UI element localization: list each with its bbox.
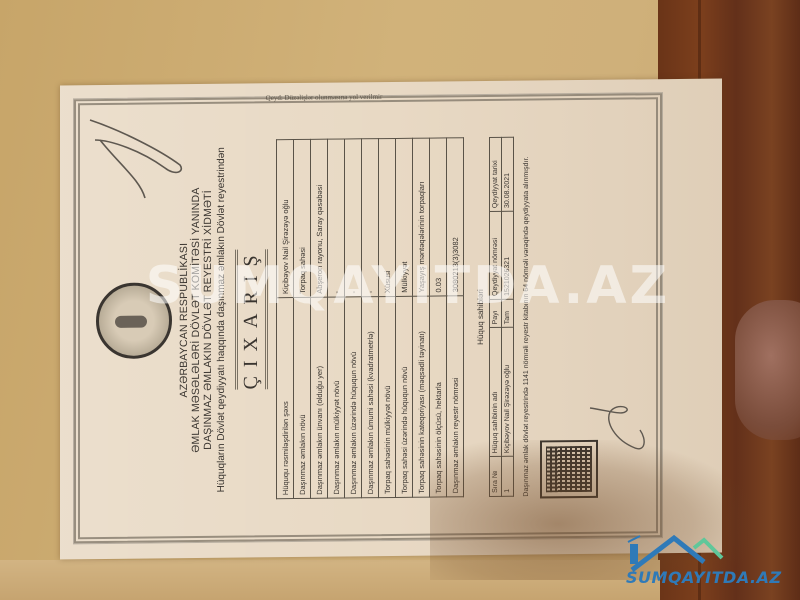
property-label: Daşınmaz əmlakın növü	[294, 297, 311, 498]
property-value: -	[345, 139, 362, 297]
property-row: Daşınmaz əmlakın mülkiyyət növü-	[328, 139, 345, 498]
col-reg-date: Qeydiyyat tarixi	[490, 137, 502, 211]
property-label: Daşınmaz əmlakın ünvanı (olduğu yer)	[311, 297, 328, 498]
property-row: Daşınmaz əmlakın ümumi sahəsi (kvadratme…	[362, 139, 379, 498]
property-row: Hüququ rəsmiləşdirilən şəxsKiçibəyov Nai…	[277, 140, 294, 499]
state-emblem-icon	[96, 282, 172, 359]
house-roof-icon	[622, 528, 792, 572]
header-line-2: ƏMLAK MƏSƏLƏLƏRİ DÖVLƏT KOMİTƏSİ YANINDA	[190, 100, 202, 540]
background-surface	[0, 560, 660, 600]
owners-header-row: Sıra № Hüquq sahibinin adı Payı Qeydiyya…	[490, 137, 502, 496]
header-subtitle: Hüquqların Dövlət qeydiyyatı haqqında da…	[216, 100, 227, 540]
property-value: Torpaq sahəsi	[294, 139, 311, 297]
property-value: Yaşayış məntəqələrinin torpaqları	[413, 138, 430, 296]
document-sheet: AZƏRBAYCAN RESPUBLİKASI ƏMLAK MƏSƏLƏLƏRİ…	[60, 79, 722, 560]
property-row: Daşınmaz əmlakın ünvanı (olduğu yer)Abşe…	[311, 139, 328, 498]
owners-table: Sıra № Hüquq sahibinin adı Payı Qeydiyya…	[489, 137, 514, 497]
property-value: -	[362, 139, 379, 297]
owner-number: 1	[502, 457, 514, 497]
property-row: Torpaq sahəsi üzərində hüququn növüMülki…	[396, 138, 413, 497]
property-value: Kiçibəyov Nail Şirəzəyə oğlu	[277, 140, 294, 298]
header-line-3: DAŞINMAZ ƏMLAKIN DÖVLƏT REYESTRİ XİDMƏTİ	[202, 100, 214, 540]
col-owner-name: Hüquq sahibinin adı	[490, 328, 502, 457]
site-logo: SUMQAYITDA.AZ	[622, 528, 792, 592]
registry-note: Daşınmaz əmlak dövlət reyestrində 1141 n…	[522, 137, 532, 497]
property-row: Torpaq sahəsinin ölçüsü, hektarla0.03	[430, 138, 447, 497]
property-value: 0.03	[430, 138, 447, 296]
owners-section-title: Hüquq sahibləri	[476, 97, 485, 537]
owner-share: Tam	[502, 299, 514, 328]
document-content: AZƏRBAYCAN RESPUBLİKASI ƏMLAK MƏSƏLƏLƏRİ…	[70, 95, 710, 542]
background-hand	[735, 300, 800, 440]
property-label: Torpaq sahəsi üzərində hüququn növü	[396, 296, 413, 497]
property-row: Torpaq sahəsinin kateqoriyası (məqsədli …	[413, 138, 430, 497]
property-value: 3080213(3)3082	[447, 138, 464, 296]
property-row: Daşınmaz əmlakın üzərində hüququn növü-	[345, 139, 362, 498]
owner-name: Kiçibəyov Nail Şirəzəyə oğlu	[502, 328, 514, 457]
property-label: Daşınmaz əmlakın mülkiyyət növü	[328, 297, 345, 498]
document-header: AZƏRBAYCAN RESPUBLİKASI ƏMLAK MƏSƏLƏLƏRİ…	[96, 99, 268, 541]
property-table: Hüququ rəsmiləşdirilən şəxsKiçibəyov Nai…	[276, 137, 464, 499]
property-value: Abşeron rayonu, Saray qəsəbəsi	[311, 139, 328, 297]
property-value: -	[328, 139, 345, 297]
property-label: Daşınmaz əmlakın reyestr nömrəsi	[447, 296, 464, 497]
property-row: Torpaq sahəsinin mülkiyyət növüXüsusi	[379, 138, 396, 497]
header-line-1: AZƏRBAYCAN RESPUBLİKASI	[178, 100, 190, 540]
side-note: Qeyd: Düzəlişlər olunmasına yol verilmir	[266, 92, 383, 101]
property-label: Daşınmaz əmlakın ümumi sahəsi (kvadratme…	[362, 297, 379, 498]
qr-code-icon	[542, 442, 596, 497]
col-share: Payı	[490, 299, 502, 328]
property-label: Hüququ rəsmiləşdirilən şəxs	[277, 297, 294, 498]
property-value: Mülkiyyət	[396, 138, 413, 296]
property-label: Torpaq sahəsinin ölçüsü, hektarla	[430, 296, 447, 497]
property-label: Torpaq sahəsinin kateqoriyası (məqsədli …	[413, 296, 430, 497]
property-value: Xüsusi	[379, 138, 396, 296]
document-title: ÇIXARIŞ	[235, 249, 268, 389]
property-label: Daşınmaz əmlakın üzərində hüququn növü	[345, 297, 362, 498]
owner-reg-date: 30.08.2021	[502, 137, 514, 211]
property-label: Torpaq sahəsinin mülkiyyət növü	[379, 296, 396, 497]
col-reg-number: Qeydiyyat nömrəsi	[490, 212, 502, 300]
owner-reg-number: 1521026321	[502, 211, 514, 299]
logo-text: SUMQAYITDA.AZ	[626, 568, 782, 587]
owner-row: 1 Kiçibəyov Nail Şirəzəyə oğlu Tam 15210…	[502, 137, 514, 496]
property-row: Daşınmaz əmlakın reyestr nömrəsi3080213(…	[447, 138, 464, 497]
col-number: Sıra №	[490, 457, 502, 497]
property-row: Daşınmaz əmlakın növüTorpaq sahəsi	[294, 139, 311, 498]
